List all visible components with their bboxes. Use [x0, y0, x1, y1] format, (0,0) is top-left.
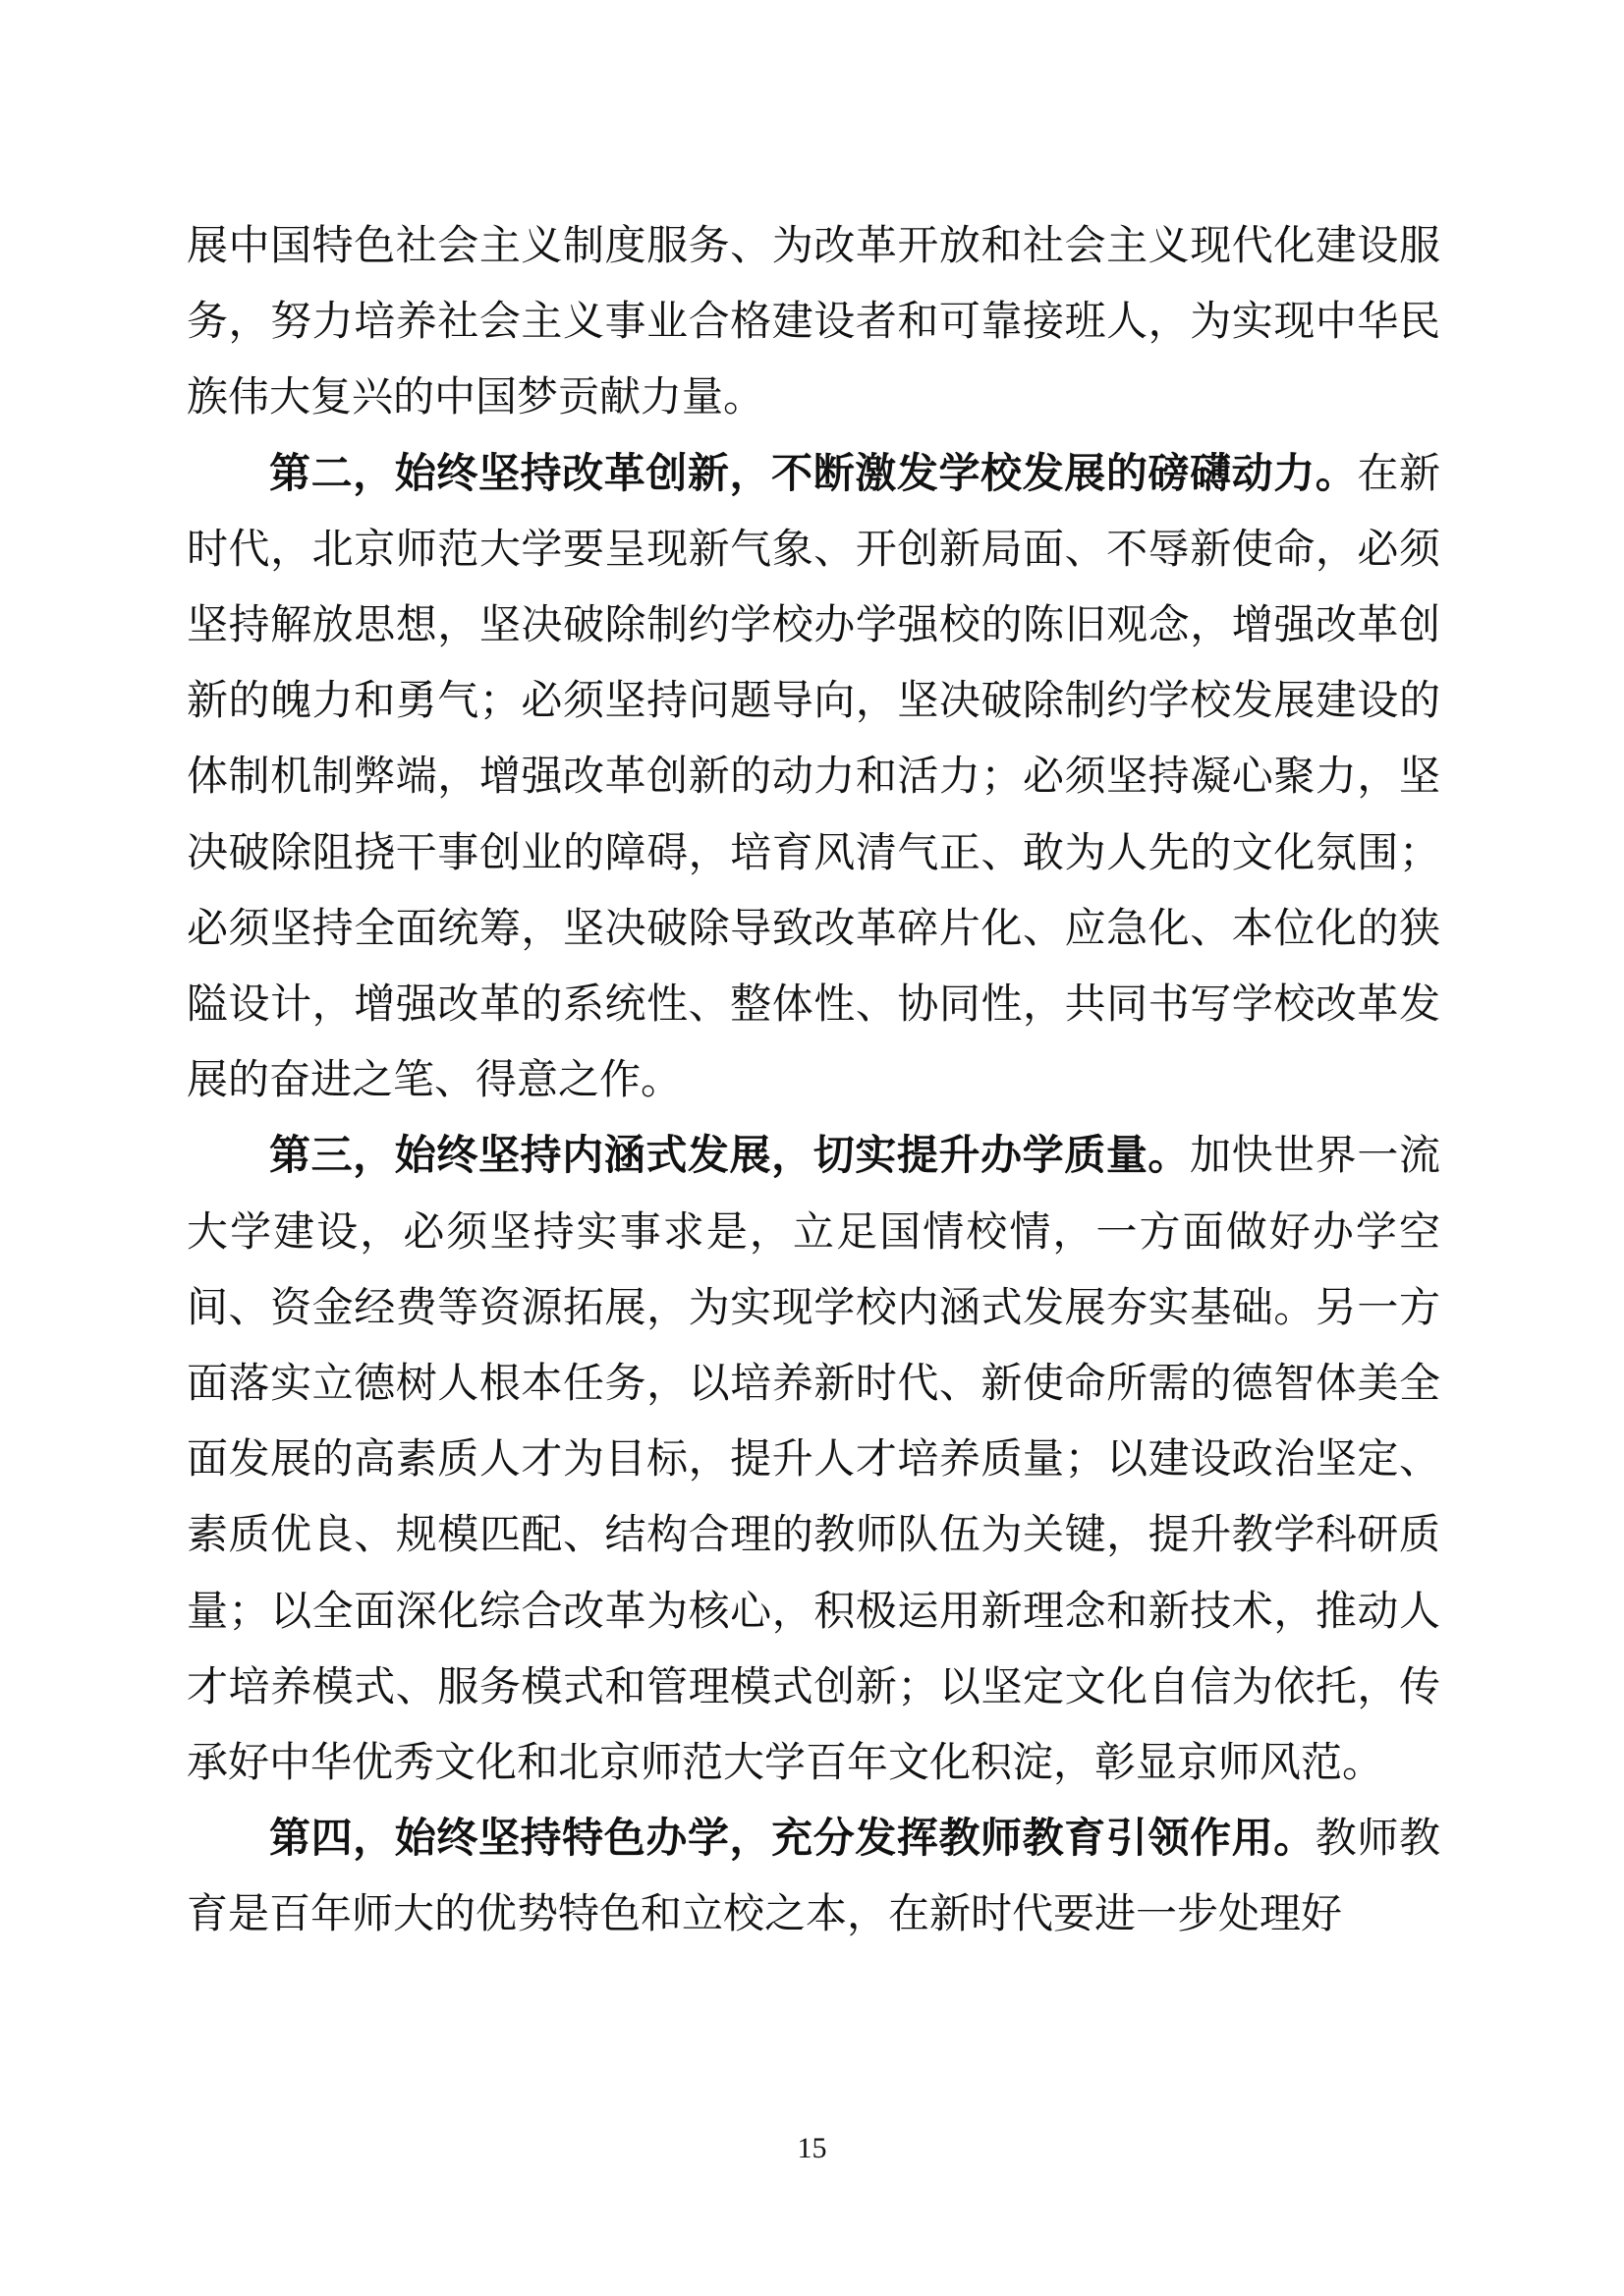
paragraph-continuation: 展中国特色社会主义制度服务、为改革开放和社会主义现代化建设服务，努力培养社会主义…	[187, 207, 1440, 435]
page-number: 15	[0, 2132, 1624, 2165]
paragraph-heading: 第二，始终坚持改革创新，不断激发学校发展的磅礴动力。	[269, 449, 1357, 497]
paragraph-second-point: 第二，始终坚持改革创新，不断激发学校发展的磅礴动力。在新时代，北京师范大学要呈现…	[187, 435, 1440, 1118]
page-body: 展中国特色社会主义制度服务、为改革开放和社会主义现代化建设服务，努力培养社会主义…	[187, 207, 1440, 1952]
document-page: 展中国特色社会主义制度服务、为改革开放和社会主义现代化建设服务，努力培养社会主义…	[0, 0, 1624, 2296]
paragraph-heading: 第三，始终坚持内涵式发展，切实提升办学质量。	[269, 1131, 1190, 1179]
paragraph-body: 加快世界一流大学建设，必须坚持实事求是，立足国情校情，一方面做好办学空间、资金经…	[187, 1131, 1440, 1786]
paragraph-heading: 第四，始终坚持特色办学，充分发挥教师教育引领作用。	[269, 1814, 1316, 1862]
paragraph-body: 在新时代，北京师范大学要呈现新气象、开创新局面、不辱新使命，必须坚持解放思想，坚…	[187, 449, 1440, 1104]
paragraph-body: 展中国特色社会主义制度服务、为改革开放和社会主义现代化建设服务，努力培养社会主义…	[187, 221, 1440, 420]
paragraph-fourth-point: 第四，始终坚持特色办学，充分发挥教师教育引领作用。教师教育是百年师大的优势特色和…	[187, 1800, 1440, 1951]
paragraph-third-point: 第三，始终坚持内涵式发展，切实提升办学质量。加快世界一流大学建设，必须坚持实事求…	[187, 1117, 1440, 1800]
